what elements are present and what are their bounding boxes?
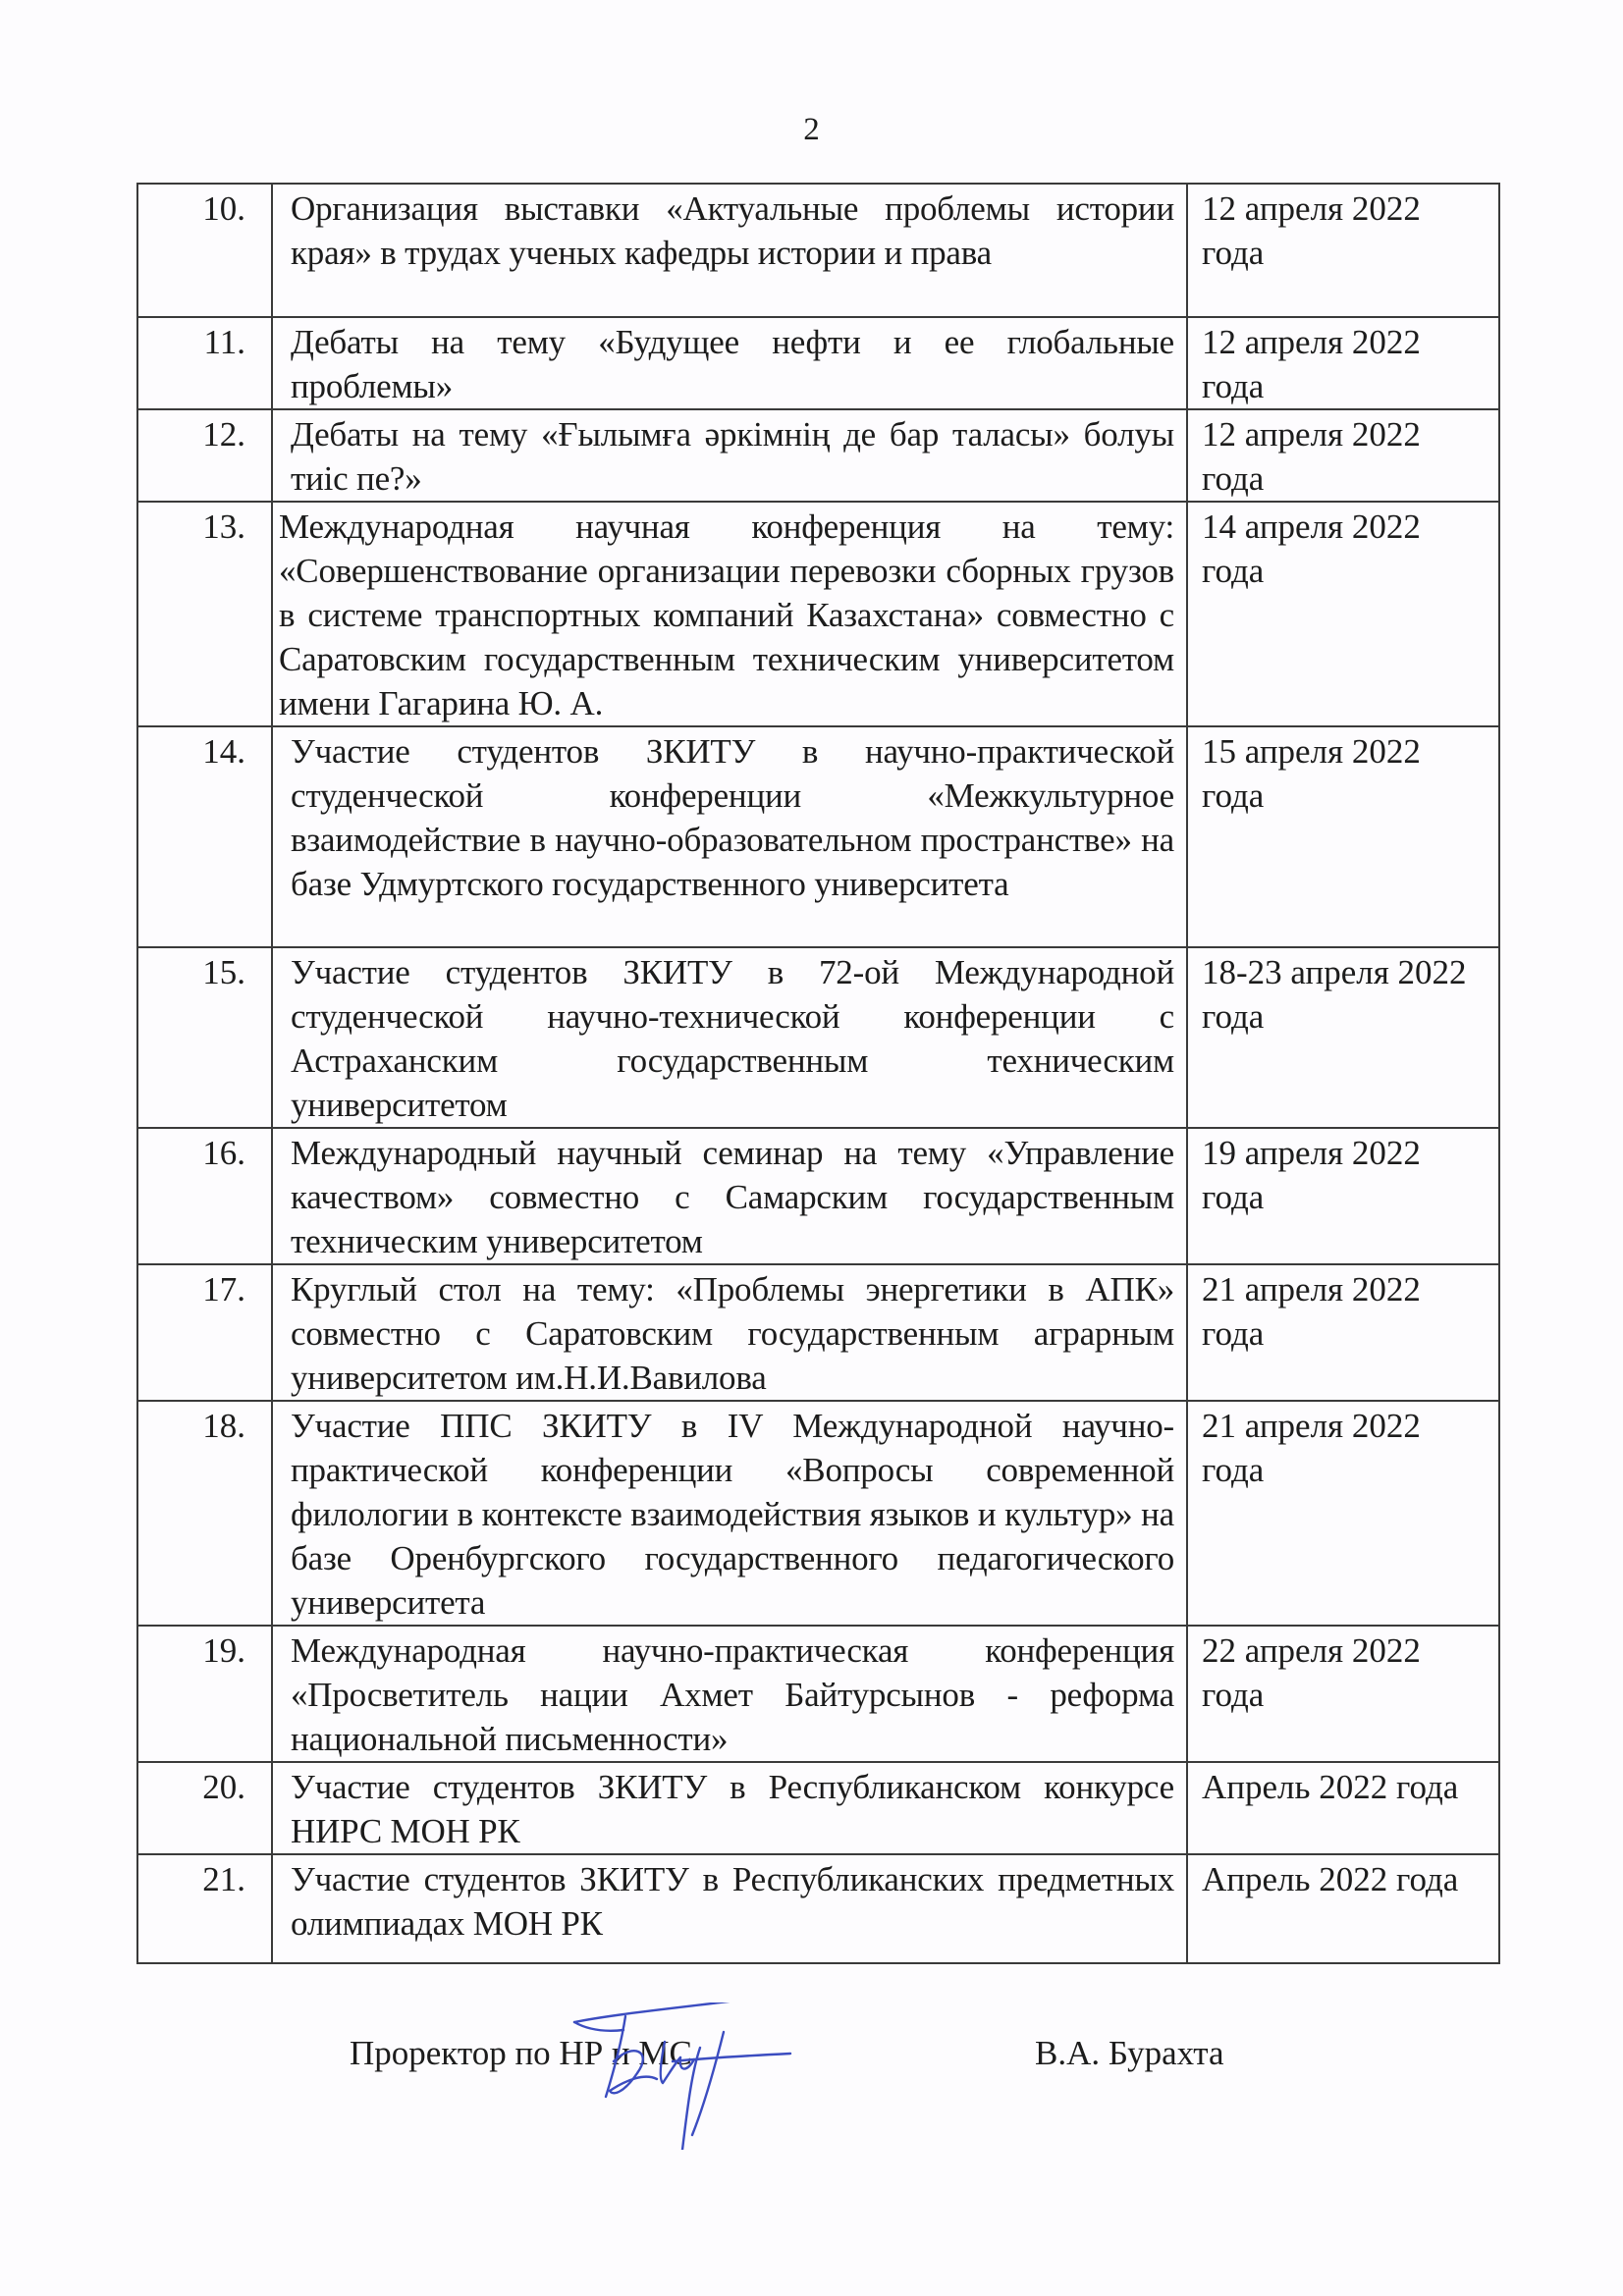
event-description: Международный научный семинар на тему «У…	[272, 1128, 1187, 1264]
table-row: 14. Участие студентов ЗКИТУ в научно-пра…	[137, 726, 1499, 947]
row-number: 19.	[137, 1626, 272, 1762]
events-table: 10. Организация выставки «Актуальные про…	[136, 183, 1500, 1964]
row-number: 12.	[137, 409, 272, 502]
page-number: 2	[0, 110, 1623, 149]
table-row: 12. Дебаты на тему «Ғылымға әркімнің де …	[137, 409, 1499, 502]
event-description: Участие студентов ЗКИТУ в Республиканско…	[272, 1762, 1187, 1854]
table-row: 18. Участие ППС ЗКИТУ в IV Международной…	[137, 1401, 1499, 1626]
event-description: Международная научная конференция на тем…	[272, 502, 1187, 726]
event-description: Участие студентов ЗКИТУ в научно-практич…	[272, 726, 1187, 947]
row-number: 21.	[137, 1854, 272, 1963]
event-date: 12 апреля 2022 года	[1187, 409, 1499, 502]
table-row: 11. Дебаты на тему «Будущее нефти и ее г…	[137, 317, 1499, 409]
row-number: 17.	[137, 1264, 272, 1401]
event-date: 21 апреля 2022 года	[1187, 1264, 1499, 1401]
event-date: 22 апреля 2022 года	[1187, 1626, 1499, 1762]
event-date: 18-23 апреля 2022 года	[1187, 947, 1499, 1128]
row-number: 10.	[137, 184, 272, 317]
event-date: 12 апреля 2022 года	[1187, 184, 1499, 317]
event-date: Апрель 2022 года	[1187, 1854, 1499, 1963]
table-row: 16. Международный научный семинар на тем…	[137, 1128, 1499, 1264]
event-date: 12 апреля 2022 года	[1187, 317, 1499, 409]
event-description: Дебаты на тему «Ғылымға әркімнің де бар …	[272, 409, 1187, 502]
table-row: 15. Участие студентов ЗКИТУ в 72-ой Межд…	[137, 947, 1499, 1128]
row-number: 16.	[137, 1128, 272, 1264]
row-number: 18.	[137, 1401, 272, 1626]
signature-block: Проректор по НР и МС В.А. Бурахта	[0, 2022, 1623, 2160]
table-row: 19. Международная научно-практическая ко…	[137, 1626, 1499, 1762]
row-number: 20.	[137, 1762, 272, 1854]
row-number: 13.	[137, 502, 272, 726]
handwritten-signature-icon	[555, 2002, 1016, 2150]
row-number: 11.	[137, 317, 272, 409]
event-description: Круглый стол на тему: «Проблемы энергети…	[272, 1264, 1187, 1401]
table-row: 17. Круглый стол на тему: «Проблемы энер…	[137, 1264, 1499, 1401]
event-description: Организация выставки «Актуальные проблем…	[272, 184, 1187, 317]
event-date: Апрель 2022 года	[1187, 1762, 1499, 1854]
row-number: 14.	[137, 726, 272, 947]
event-description: Дебаты на тему «Будущее нефти и ее глоба…	[272, 317, 1187, 409]
event-description: Участие ППС ЗКИТУ в IV Международной нау…	[272, 1401, 1187, 1626]
signatory-name: В.А. Бурахта	[1035, 2032, 1224, 2075]
table-row: 10. Организация выставки «Актуальные про…	[137, 184, 1499, 317]
table-row: 13. Международная научная конференция на…	[137, 502, 1499, 726]
event-date: 19 апреля 2022 года	[1187, 1128, 1499, 1264]
event-date: 14 апреля 2022 года	[1187, 502, 1499, 726]
event-description: Участие студентов ЗКИТУ в 72-ой Междунар…	[272, 947, 1187, 1128]
event-date: 15 апреля 2022 года	[1187, 726, 1499, 947]
event-date: 21 апреля 2022 года	[1187, 1401, 1499, 1626]
table-row: 20. Участие студентов ЗКИТУ в Республика…	[137, 1762, 1499, 1854]
event-description: Международная научно-практическая конфер…	[272, 1626, 1187, 1762]
table-row: 21. Участие студентов ЗКИТУ в Республика…	[137, 1854, 1499, 1963]
event-description: Участие студентов ЗКИТУ в Республикански…	[272, 1854, 1187, 1963]
row-number: 15.	[137, 947, 272, 1128]
